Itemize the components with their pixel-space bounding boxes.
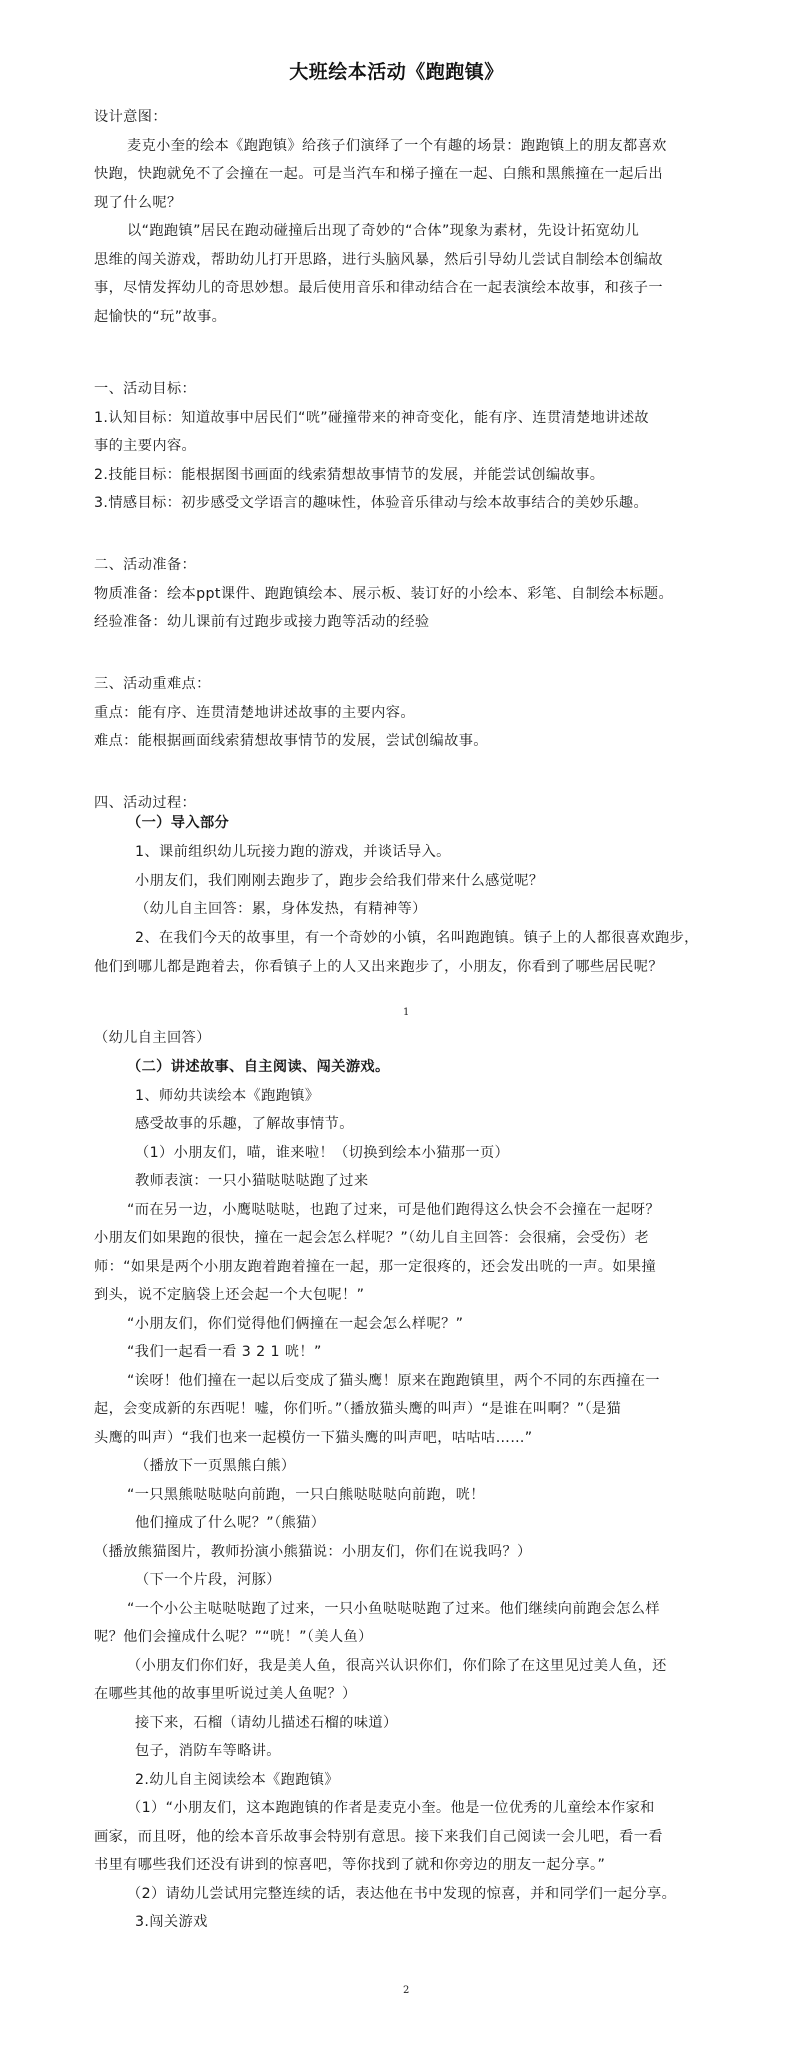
text-line: 现了什么呢？ xyxy=(94,193,182,213)
text-line: 到头，说不定脑袋上还会起一个大包呢！” xyxy=(94,1285,364,1305)
text-line: 他们撞成了什么呢？”（熊猫） xyxy=(135,1513,325,1533)
text-line: 经验准备：幼儿课前有过跑步或接力跑等活动的经验 xyxy=(94,612,430,632)
text-line: 难点：能根据画面线索猜想故事情节的发展，尝试创编故事。 xyxy=(94,731,488,751)
text-line: 3.情感目标：初步感受文学语言的趣味性，体验音乐律动与绘本故事结合的美妙乐趣。 xyxy=(94,493,648,513)
text-line: （播放下一页黑熊白熊） xyxy=(135,1456,295,1476)
text-line: 1.认知目标：知道故事中居民们“咣”碰撞带来的神奇变化，能有序、连贯清楚地讲述故 xyxy=(94,408,649,428)
text-line: 快跑，快跑就免不了会撞在一起。可是当汽车和梯子撞在一起、白熊和黑熊撞在一起后出 xyxy=(94,164,663,184)
document-page: 大班绘本活动《跑跑镇》 设计意图：麦克小奎的绘本《跑跑镇》给孩子们演绎了一个有趣… xyxy=(0,0,793,2058)
text-line: “诶呀！他们撞在一起以后变成了猫头鹰！原来在跑跑镇里，两个不同的东西撞在一 xyxy=(127,1371,660,1391)
text-line: “一个小公主哒哒哒跑了过来，一只小鱼哒哒哒跑了过来。他们继续向前跑会怎么样 xyxy=(127,1599,660,1619)
text-line: （幼儿自主回答：累，身体发热，有精神等） xyxy=(135,899,427,919)
text-line: 呢？他们会撞成什么呢？”“咣！”（美人鱼） xyxy=(94,1627,373,1647)
text-line: 起，会变成新的东西呢！嘘，你们听。”（播放猫头鹰的叫声）“是谁在叫啊？”（是猫 xyxy=(94,1399,621,1419)
text-line: 二、活动准备： xyxy=(94,555,196,575)
section-subheading: （一）导入部分 xyxy=(127,813,229,833)
text-line: 感受故事的乐趣，了解故事情节。 xyxy=(135,1114,354,1134)
page-number-1: 1 xyxy=(403,1007,409,1019)
text-line: 起愉快的“玩”故事。 xyxy=(94,307,226,327)
text-line: （下一个片段，河豚） xyxy=(135,1570,281,1590)
text-line: 事，尽情发挥幼儿的奇思妙想。最后使用音乐和律动结合在一起表演绘本故事，和孩子一 xyxy=(94,278,663,298)
page-number-2: 2 xyxy=(403,1985,409,1997)
text-line: （2）请幼儿尝试用完整连续的话，表达他在书中发现的惊喜，并和同学们一起分享。 xyxy=(127,1884,676,1904)
text-line: 一、活动目标： xyxy=(94,379,196,399)
text-line: 2.技能目标：能根据图书画面的线索猜想故事情节的发展，并能尝试创编故事。 xyxy=(94,465,604,485)
text-line: 设计意图： xyxy=(94,107,167,127)
text-line: 以“跑跑镇”居民在跑动碰撞后出现了奇妙的“合体”现象为素材，先设计拓宽幼儿 xyxy=(127,221,639,241)
text-line: （播放熊猫图片，教师扮演小熊猫说：小朋友们，你们在说我吗？） xyxy=(94,1542,532,1562)
text-line: 麦克小奎的绘本《跑跑镇》给孩子们演绎了一个有趣的场景：跑跑镇上的朋友都喜欢 xyxy=(127,136,667,156)
text-line: 头鹰的叫声）“我们也来一起模仿一下猫头鹰的叫声吧，咕咕咕……” xyxy=(94,1428,533,1448)
section-subheading: （二）讲述故事、自主阅读、闯关游戏。 xyxy=(127,1057,390,1077)
text-line: （1）小朋友们，喵，谁来啦！（切换到绘本小猫那一页） xyxy=(135,1143,509,1163)
text-line: 书里有哪些我们还没有讲到的惊喜吧，等你找到了就和你旁边的朋友一起分享。” xyxy=(94,1855,605,1875)
text-line: 重点：能有序、连贯清楚地讲述故事的主要内容。 xyxy=(94,703,415,723)
text-line: 三、活动重难点： xyxy=(94,674,211,694)
text-line: 在哪些其他的故事里听说过美人鱼呢？） xyxy=(94,1684,357,1704)
document-title: 大班绘本活动《跑跑镇》 xyxy=(0,60,793,84)
text-line: 教师表演：一只小猫哒哒哒跑了过来 xyxy=(135,1171,368,1191)
text-line: 接下来，石榴（请幼儿描述石榴的味道） xyxy=(135,1713,398,1733)
text-line: 小朋友们如果跑的很快，撞在一起会怎么样呢？”（幼儿自主回答：会很痛，会受伤）老 xyxy=(94,1228,649,1248)
text-line: 3.闯关游戏 xyxy=(135,1912,208,1932)
text-line: （幼儿自主回答） xyxy=(94,1028,211,1048)
text-line: “一只黑熊哒哒哒向前跑，一只白熊哒哒哒向前跑，咣！ xyxy=(127,1485,485,1505)
text-line: 2、在我们今天的故事里，有一个奇妙的小镇，名叫跑跑镇。镇子上的人都很喜欢跑步， xyxy=(135,928,699,948)
text-line: “小朋友们，你们觉得他们俩撞在一起会怎么样呢？” xyxy=(127,1314,463,1334)
text-line: （1）“小朋友们，这本跑跑镇的作者是麦克小奎。他是一位优秀的儿童绘本作家和 xyxy=(127,1798,655,1818)
text-line: 思维的闯关游戏，帮助幼儿打开思路，进行头脑风暴，然后引导幼儿尝试自制绘本创编故 xyxy=(94,250,663,270)
text-line: 2.幼儿自主阅读绘本《跑跑镇》 xyxy=(135,1770,339,1790)
text-line: 小朋友们，我们刚刚去跑步了，跑步会给我们带来什么感觉呢？ xyxy=(135,871,543,891)
text-line: 物质准备：绘本ppt课件、跑跑镇绘本、展示板、装订好的小绘本、彩笔、自制绘本标题… xyxy=(94,584,673,604)
text-line: 1、课前组织幼儿玩接力跑的游戏，并谈话导入。 xyxy=(135,842,451,862)
text-line: 他们到哪儿都是跑着去，你看镇子上的人又出来跑步了，小朋友，你看到了哪些居民呢？ xyxy=(94,957,663,977)
text-line: “而在另一边，小鹰哒哒哒，也跑了过来，可是他们跑得这么快会不会撞在一起呀？ xyxy=(127,1200,660,1220)
text-line: 事的主要内容。 xyxy=(94,436,196,456)
text-line: 1、师幼共读绘本《跑跑镇》 xyxy=(135,1086,319,1106)
text-line: （小朋友们你们好，我是美人鱼，很高兴认识你们，你们除了在这里见过美人鱼，还 xyxy=(127,1656,667,1676)
text-line: 师：“如果是两个小朋友跑着跑着撞在一起，那一定很疼的，还会发出咣的一声。如果撞 xyxy=(94,1257,656,1277)
text-line: 四、活动过程： xyxy=(94,793,196,813)
text-line: 包子，消防车等略讲。 xyxy=(135,1741,281,1761)
text-line: “我们一起看一看 3 2 1 咣！” xyxy=(127,1342,322,1362)
text-line: 画家，而且呀，他的绘本音乐故事会特别有意思。接下来我们自己阅读一会儿吧，看一看 xyxy=(94,1827,663,1847)
